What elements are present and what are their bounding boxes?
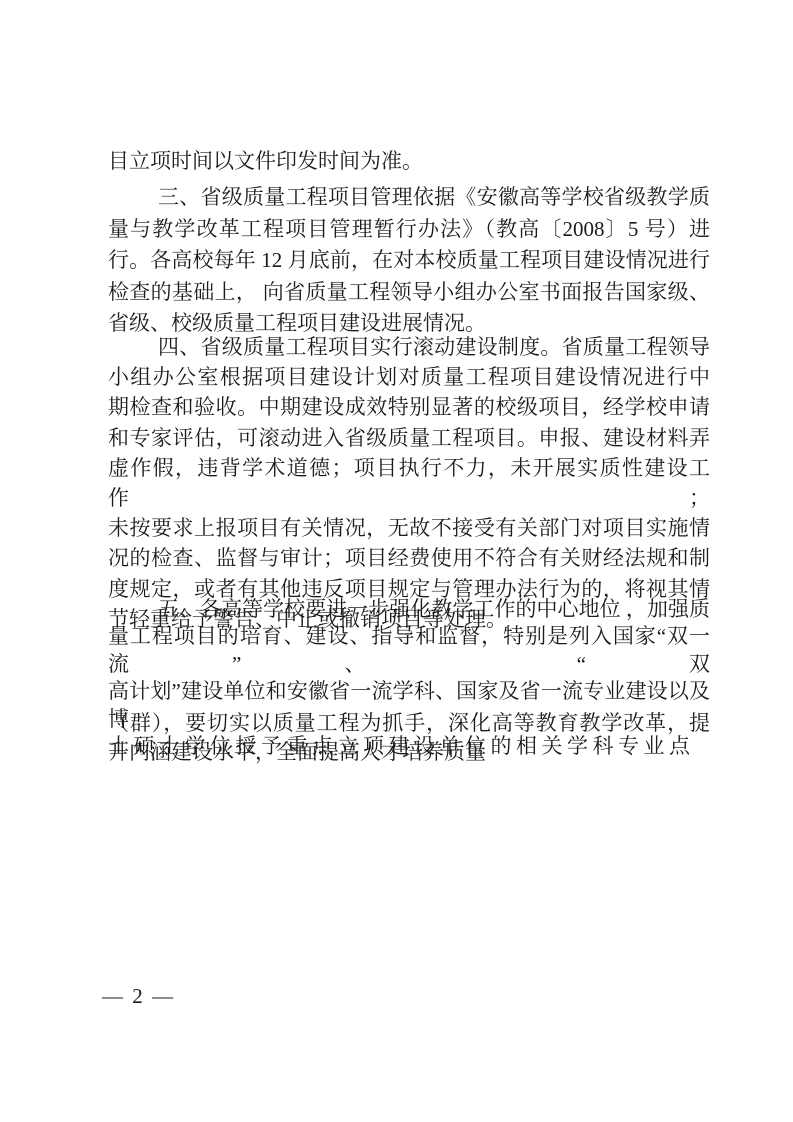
text-line: 未按要求上报项目有关情况，无故不接受有关部门对项目实施情 — [108, 513, 710, 543]
text-line: 量工程项目的培育、建设、指导和监督，特别是列入国家“双一流”、 “双 — [108, 623, 710, 678]
paragraph-continuation: 目立项时间以文件印发时间为准。 — [108, 146, 710, 177]
text-line: 三、省级质量工程项目管理依据《安徽高等学校省级教学质 — [108, 182, 710, 214]
paragraph-section-3: 三、省级质量工程项目管理依据《安徽高等学校省级教学质 量与教学改革工程项目管理暂… — [108, 182, 710, 340]
text-line: 四、省级质量工程项目实行滚动建设制度。省质量工程领导 — [108, 332, 710, 362]
text-line: 升内涵建设水平，全面提高人才培养质量 — [108, 738, 710, 767]
text-line: 小组办公室根据项目建设计划对质量工程项目建设情况进行中 — [108, 362, 710, 392]
text-line: 虚作假，违背学术道德；项目执行不力，未开展实质性建设工作； — [108, 453, 710, 513]
text-line: 行。各高校每年 12 月底前，在对本校质量工程项目建设情况进行 — [108, 245, 710, 277]
text-line: 五、各高等学校要进一步强化教学工作的中心地位 ，加强质 — [108, 596, 710, 623]
text-line: 况的检查、监督与审计；项目经费使用不符合有关财经法规和制 — [108, 543, 710, 573]
text-line: 期检查和验收。中期建设成效特别显著的校级项目，经学校申请 — [108, 392, 710, 422]
page-number: — 2 — — [102, 984, 175, 1009]
text-line: 量与教学改革工程项目管理暂行办法》（教高〔2008〕5 号）进 — [108, 214, 710, 246]
text-line: （群），要切实以质量工程为抓手，深化高等教育教学改革，提 — [108, 709, 710, 738]
paragraph-section-4: 四、省级质量工程项目实行滚动建设制度。省质量工程领导 小组办公室根据项目建设计划… — [108, 332, 710, 634]
text-line: 和专家评估，可滚动进入省级质量工程项目。申报、建设材料弄 — [108, 423, 710, 453]
text-line: 检查的基础上， 向省质量工程领导小组办公室书面报告国家级、 — [108, 277, 710, 309]
paragraph-section-5-continuation: （群），要切实以质量工程为抓手，深化高等教育教学改革，提 升内涵建设水平，全面提… — [108, 709, 710, 766]
text-line: 目立项时间以文件印发时间为准。 — [108, 146, 710, 177]
document-page: 目立项时间以文件印发时间为准。 三、省级质量工程项目管理依据《安徽高等学校省级教… — [0, 0, 793, 1122]
